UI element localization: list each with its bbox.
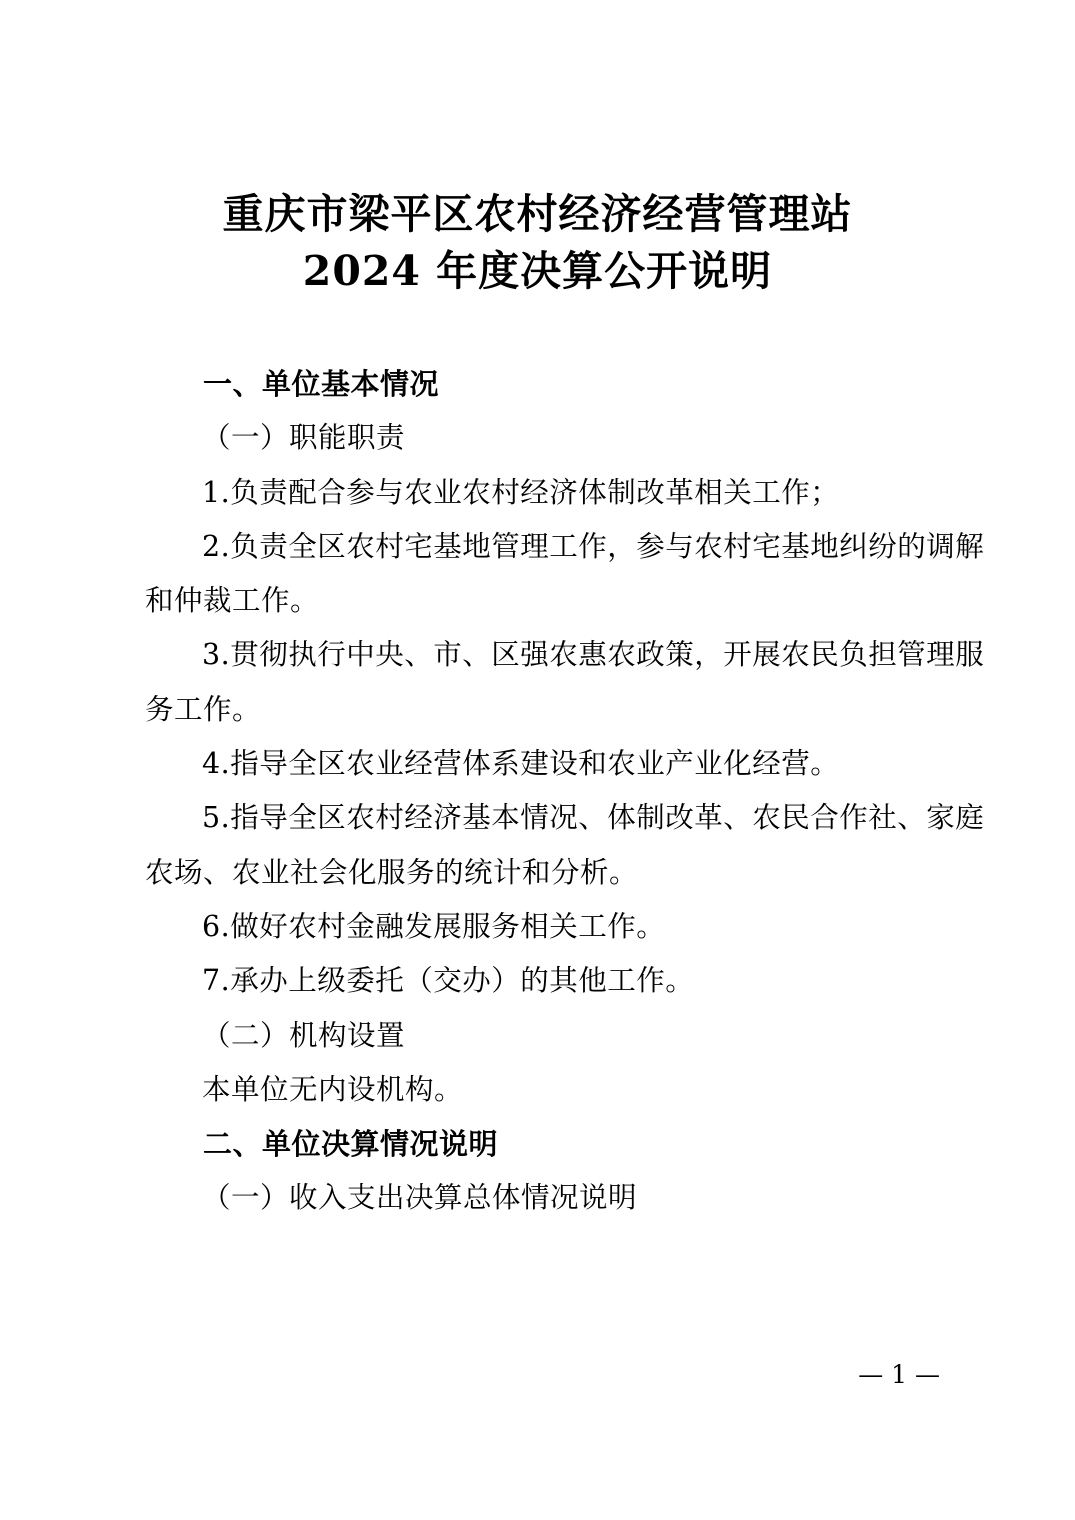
para-duty-5-line-2: 农场、农业社会化服务的统计和分析。 [145,846,937,900]
para-duty-2-line-1: 2.负责全区农村宅基地管理工作，参与农村宅基地纠纷的调解 [145,520,937,574]
subheading-revenue-expenditure: （一）收入支出决算总体情况说明 [145,1171,937,1225]
document-title: 重庆市梁平区农村经济经营管理站 2024 年度决算公开说明 [0,186,1075,300]
para-duty-3-line-2: 务工作。 [145,683,937,737]
para-duty-3-line-1: 3.贯彻执行中央、市、区强农惠农政策，开展农民负担管理服 [145,628,937,682]
para-org-structure: 本单位无内设机构。 [145,1063,937,1117]
subheading-duties: （一）职能职责 [145,411,937,465]
section-heading-final-accounts: 二、单位决算情况说明 [145,1117,937,1171]
para-duty-7: 7.承办上级委托（交办）的其他工作。 [145,954,937,1008]
document-body: 一、单位基本情况 （一）职能职责 1.负责配合参与农业农村经济体制改革相关工作；… [145,357,937,1226]
page-number: — 1 — [858,1360,940,1390]
para-duty-2-line-2: 和仲裁工作。 [145,574,937,628]
section-heading-unit-basic-info: 一、单位基本情况 [145,357,937,411]
subheading-org-structure: （二）机构设置 [145,1009,937,1063]
document-title-line-2: 2024 年度决算公开说明 [0,243,1075,300]
document-page: 重庆市梁平区农村经济经营管理站 2024 年度决算公开说明 一、单位基本情况 （… [0,0,1075,1520]
para-duty-6: 6.做好农村金融发展服务相关工作。 [145,900,937,954]
para-duty-1: 1.负责配合参与农业农村经济体制改革相关工作； [145,466,937,520]
para-duty-4: 4.指导全区农业经营体系建设和农业产业化经营。 [145,737,937,791]
para-duty-5-line-1: 5.指导全区农村经济基本情况、体制改革、农民合作社、家庭 [145,791,937,845]
document-title-line-1: 重庆市梁平区农村经济经营管理站 [0,186,1075,243]
